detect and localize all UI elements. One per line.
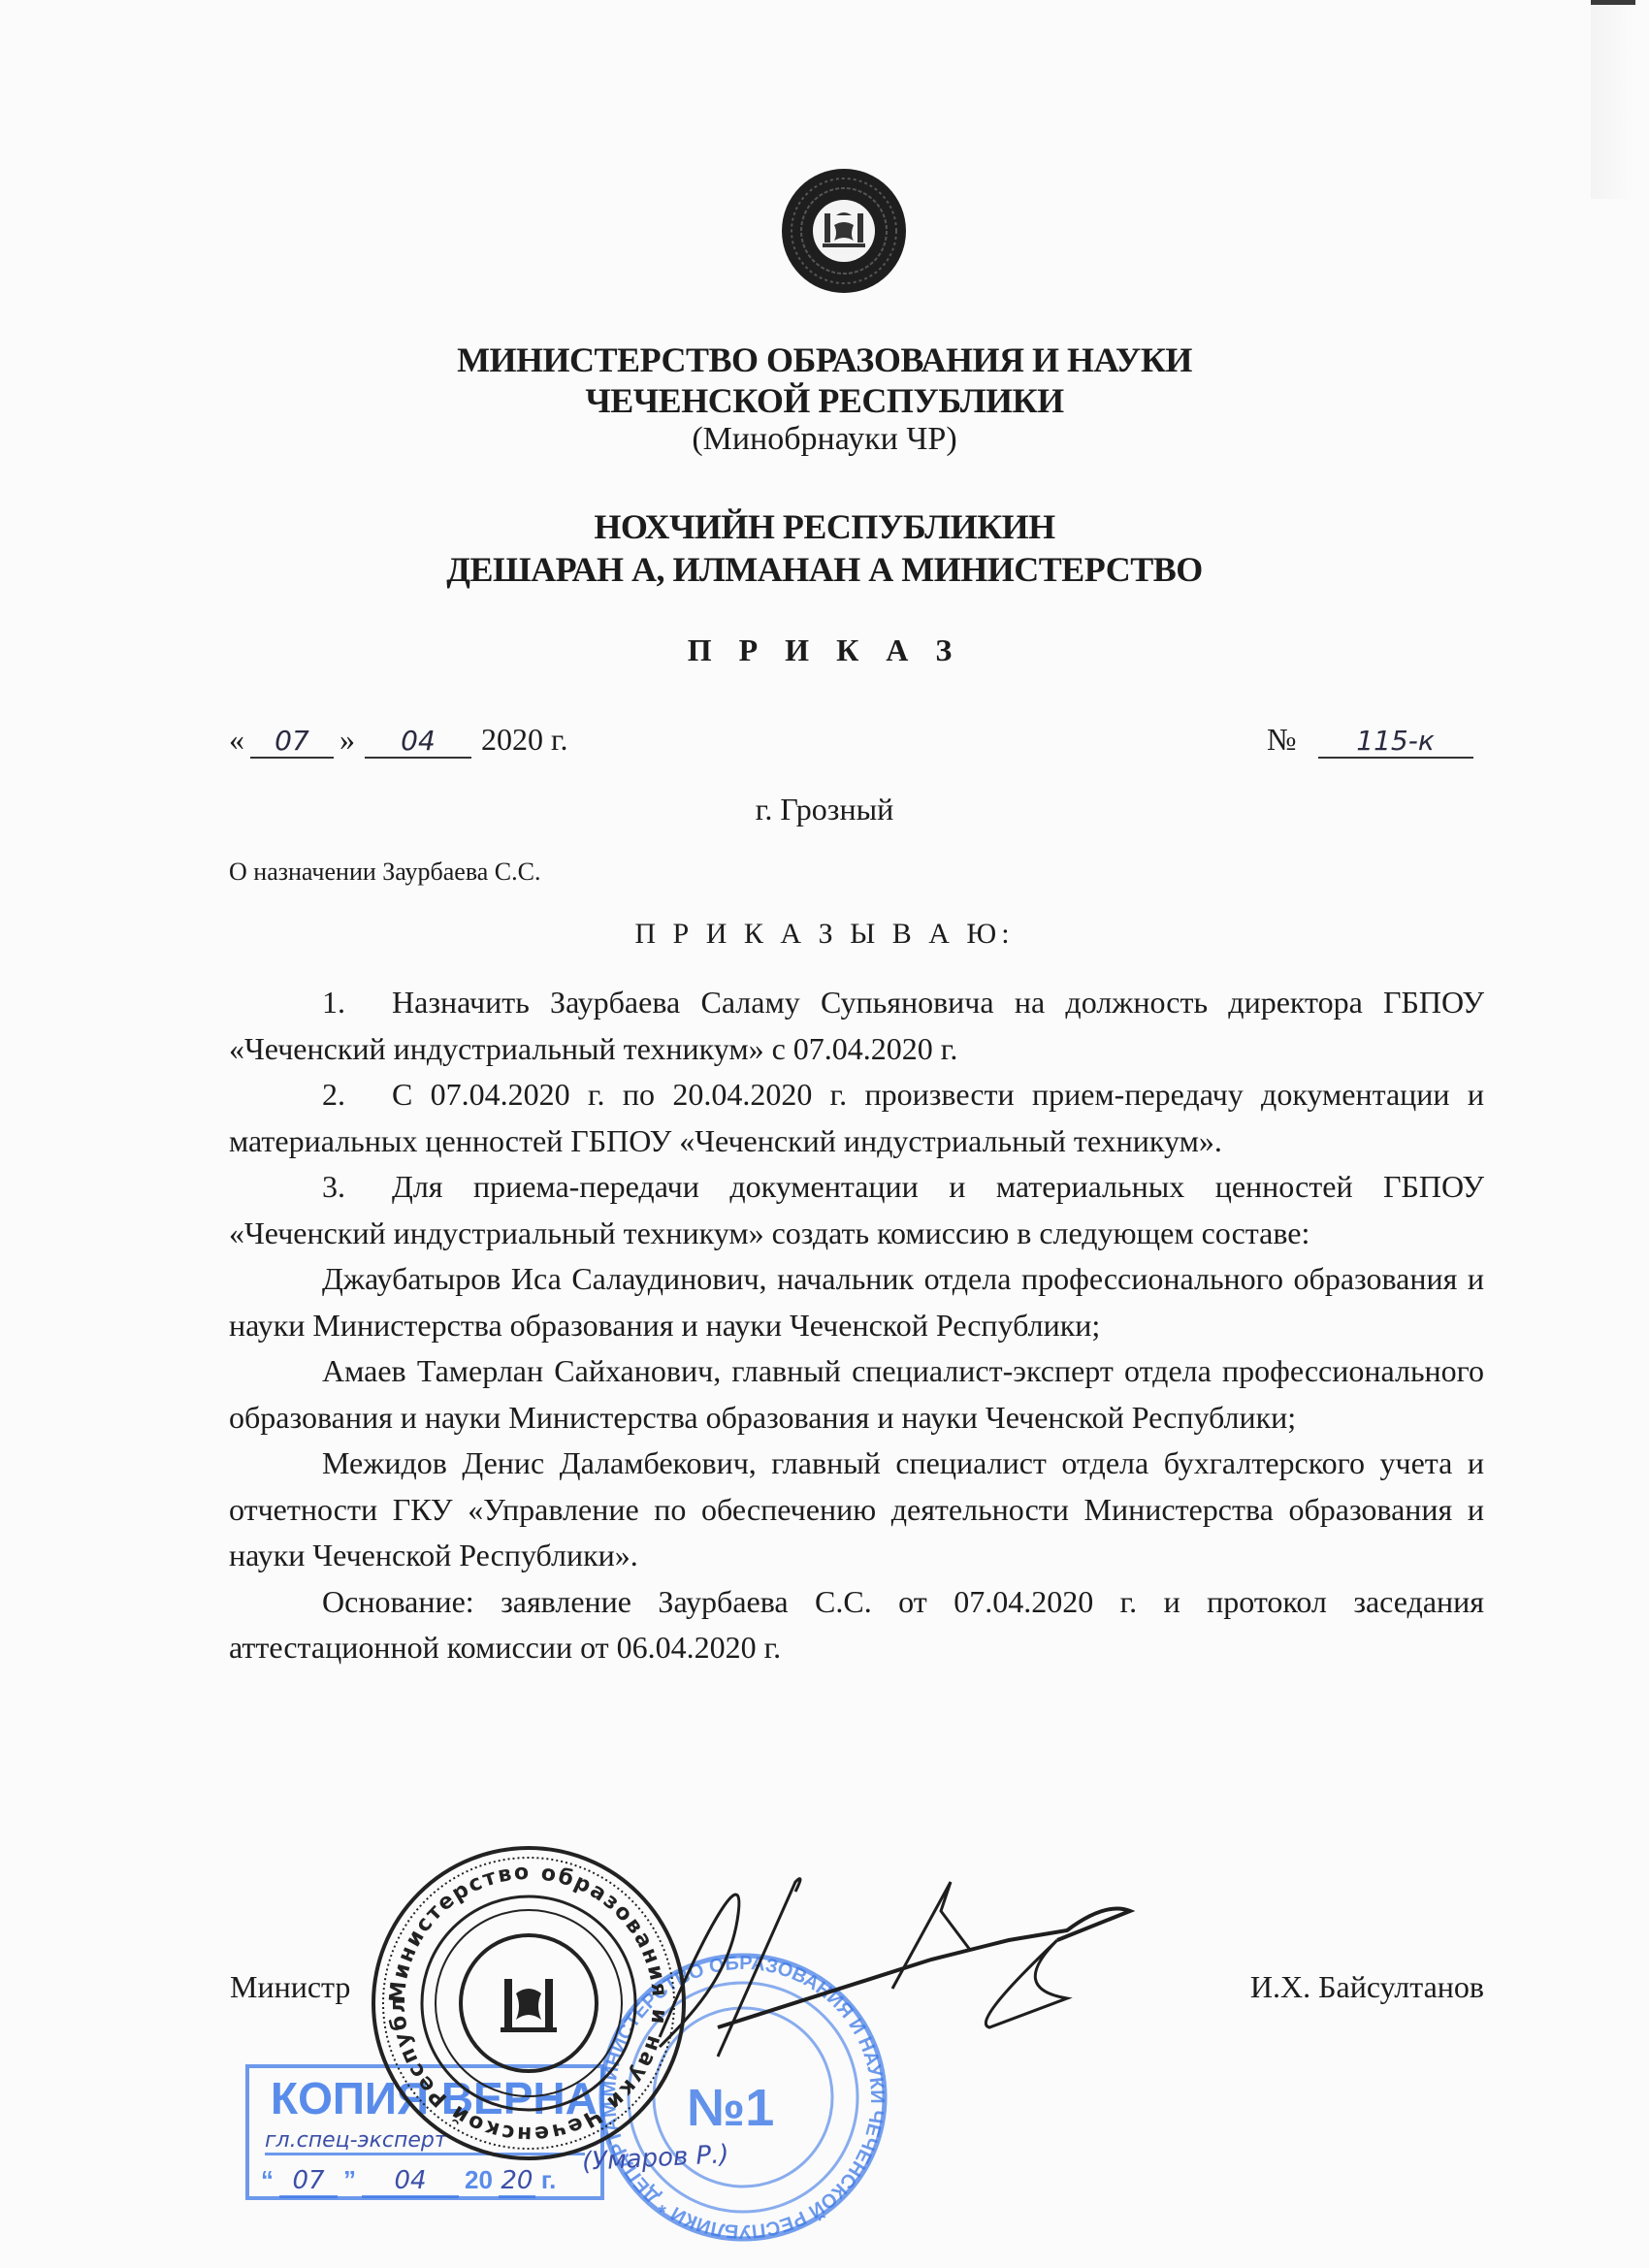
signer-name: И.Х. Байсултанов [1250,1969,1484,2005]
date-open-quote: « [229,722,244,758]
order-item-2: 2.С 07.04.2020 г. по 20.04.2020 г. произ… [229,1072,1484,1164]
commission-member-1: Джаубатыров Иса Салаудинович, начальник … [229,1256,1484,1348]
handwritten-signature-icon [601,1843,1145,2095]
decree-word: П Р И К А З Ы В А Ю: [0,918,1649,951]
signer-title: Министр [230,1969,350,2005]
scan-edge-shade [1591,5,1635,199]
commission-member-3: Межидов Денис Даламбекович, главный спец… [229,1441,1484,1579]
number-value: 115-к [1318,727,1473,759]
ministry-name-line1: МИНИСТЕРСТВО ОБРАЗОВАНИЯ И НАУКИ [0,340,1649,380]
date-day: 07 [250,727,334,759]
document-page: МИНИСТЕРСТВО ОБРАЗОВАНИЯ И НАУКИ ЧЕЧЕНСК… [0,0,1649,2268]
city: г. Грозный [0,792,1649,827]
order-item-1: 1.Назначить Заурбаева Саламу Супьяновича… [229,980,1484,1072]
chechen-name-line1: НОХЧИЙН РЕСПУБЛИКИН [0,506,1649,547]
number-label: № [1267,722,1297,758]
order-number: № 115-к [1267,722,1473,759]
order-subject: О назначении Заурбаева С.С. [229,858,540,887]
date-month: 04 [365,727,471,759]
order-body: 1.Назначить Заурбаева Саламу Супьяновича… [229,980,1484,1671]
order-date: « 07 » 04 2020 г. [229,722,568,759]
ministry-name-line2: ЧЕЧЕНСКОЙ РЕСПУБЛИКИ [0,380,1649,421]
copy-stamp-date: “ 07 ” 04 2020г. [261,2165,556,2198]
date-year: 2020 г. [481,722,568,758]
ministry-short-name: (Минобрнауки ЧР) [0,421,1649,458]
date-close-quote: » [339,722,355,758]
order-title: П Р И К А З [0,632,1649,668]
coat-of-arms-icon [780,167,908,295]
commission-member-2: Амаев Тамерлан Сайханович, главный специ… [229,1348,1484,1441]
order-item-3: 3.Для приема-передачи документации и мат… [229,1164,1484,1256]
chechen-name-line2: ДЕШАРАН А, ИЛМАНАН А МИНИСТЕРСТВО [0,549,1649,590]
order-basis: Основание: заявление Заурбаева С.С. от 0… [229,1579,1484,1671]
